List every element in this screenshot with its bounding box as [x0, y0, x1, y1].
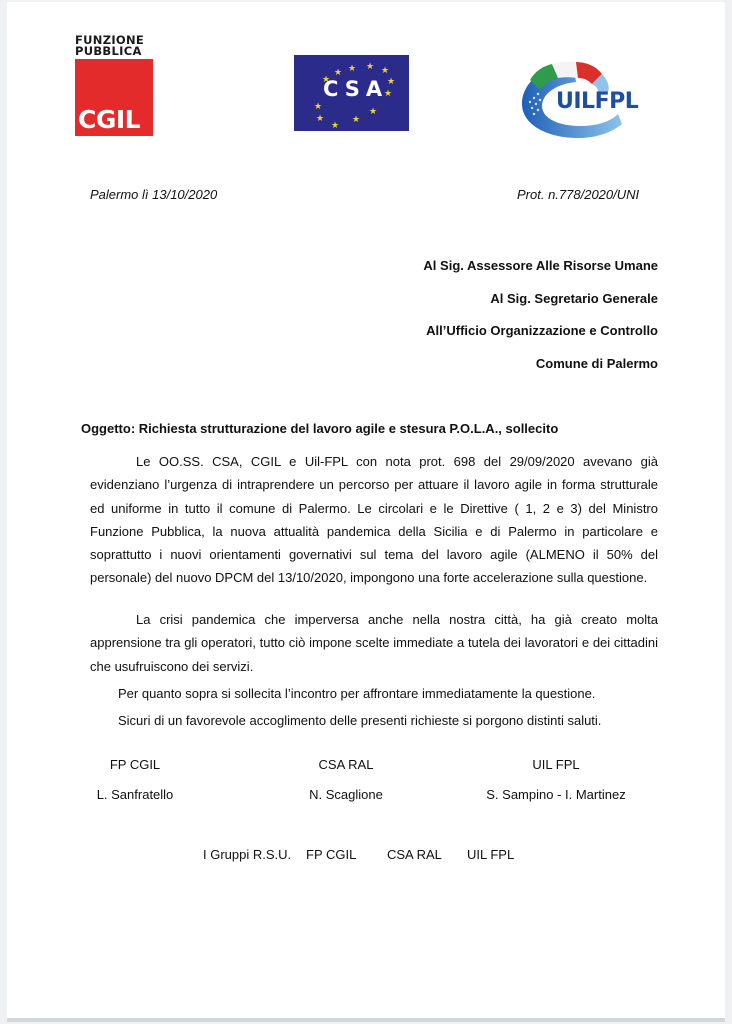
- closing-paragraph: Sicuri di un favorevole accoglimento del…: [118, 713, 601, 728]
- cgil-logo-box: CGIL: [75, 59, 153, 136]
- rsu-group: FP CGIL: [306, 847, 356, 862]
- signature-org: UIL FPL: [456, 757, 656, 772]
- csa-logo: ★ ★ ★ ★ ★ ★ ★ ★ ★ ★ ★ ★ CSA: [294, 55, 409, 131]
- signature-name: L. Sanfratello: [35, 787, 235, 802]
- star-icon: ★: [314, 102, 322, 111]
- star-icon: ★: [352, 115, 360, 124]
- star-icon: ★: [348, 64, 356, 73]
- signature-name: S. Sampino - I. Martinez: [456, 787, 656, 802]
- subject-line: Oggetto: Richiesta strutturazione del la…: [81, 421, 558, 436]
- recipient: Al Sig. Assessore Alle Risorse Umane: [423, 258, 658, 291]
- recipient: Al Sig. Segretario Generale: [423, 291, 658, 324]
- star-icon: ★: [381, 66, 389, 75]
- uil-logo-text: UILFPL: [556, 89, 638, 114]
- rsu-group: UIL FPL: [467, 847, 514, 862]
- recipients-block: Al Sig. Assessore Alle Risorse Umane Al …: [423, 258, 658, 388]
- recipient: Comune di Palermo: [423, 356, 658, 389]
- signature-name: N. Scaglione: [246, 787, 446, 802]
- star-icon: ★: [334, 68, 342, 77]
- place-date: Palermo lì 13/10/2020: [90, 187, 217, 202]
- csa-logo-text: CSA: [323, 77, 388, 101]
- body-paragraph: Le OO.SS. CSA, CGIL e Uil-FPL con nota p…: [90, 450, 658, 590]
- star-icon: ★: [369, 107, 377, 116]
- protocol-number: Prot. n.778/2020/UNI: [517, 187, 639, 202]
- star-icon: ★: [366, 62, 374, 71]
- star-icon: ★: [331, 121, 339, 130]
- star-icon: ★: [387, 77, 395, 86]
- rsu-label: I Gruppi R.S.U.: [203, 847, 291, 862]
- star-icon: ★: [316, 114, 324, 123]
- body-paragraph: La crisi pandemica che imperversa anche …: [90, 608, 658, 678]
- body-paragraph: Per quanto sopra si sollecita l’incontro…: [118, 686, 595, 701]
- recipient: All’Ufficio Organizzazione e Controllo: [423, 323, 658, 356]
- uil-fpl-logo: UILFPL: [518, 52, 643, 138]
- page-bottom-edge: [7, 1018, 725, 1022]
- signature-org: FP CGIL: [35, 757, 235, 772]
- cgil-logo-text: CGIL: [78, 105, 140, 134]
- cgil-logo-line2: PUBBLICA: [75, 46, 153, 57]
- rsu-group: CSA RAL: [387, 847, 442, 862]
- cgil-logo: FUNZIONE PUBBLICA CGIL: [75, 35, 153, 136]
- signature-org: CSA RAL: [246, 757, 446, 772]
